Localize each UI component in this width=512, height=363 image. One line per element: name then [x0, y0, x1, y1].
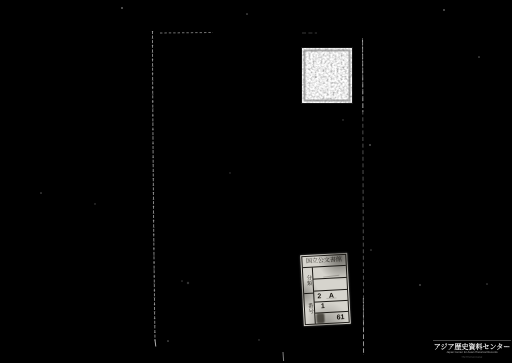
jacar-watermark-subtitle: Japan Center for Asian Historical Record… — [446, 351, 497, 354]
left-edge-scratch — [153, 31, 156, 341]
archive-label-classification-heading: 分類 — [303, 268, 313, 294]
archive-label: 国立公文書館 分類 番号 2 A 1 61 — [300, 253, 351, 326]
handwritten-scribble — [316, 313, 325, 323]
jacar-watermark-url: http://www.jacar.go.jp — [462, 356, 482, 358]
top-fold-mark — [160, 33, 213, 34]
dust-specks — [40, 7, 488, 342]
bottom-crease-mark — [283, 352, 284, 361]
scanned-page: 国立公文書館 分類 番号 2 A 1 61 — [0, 0, 512, 363]
archive-label-number-heading: 番号 — [304, 293, 315, 324]
seal-stamp-icon — [301, 47, 353, 104]
page-edge-scratches — [0, 0, 512, 363]
jacar-watermark: アジア歴史資料センター Japan Center for Asian Histo… — [433, 340, 511, 360]
